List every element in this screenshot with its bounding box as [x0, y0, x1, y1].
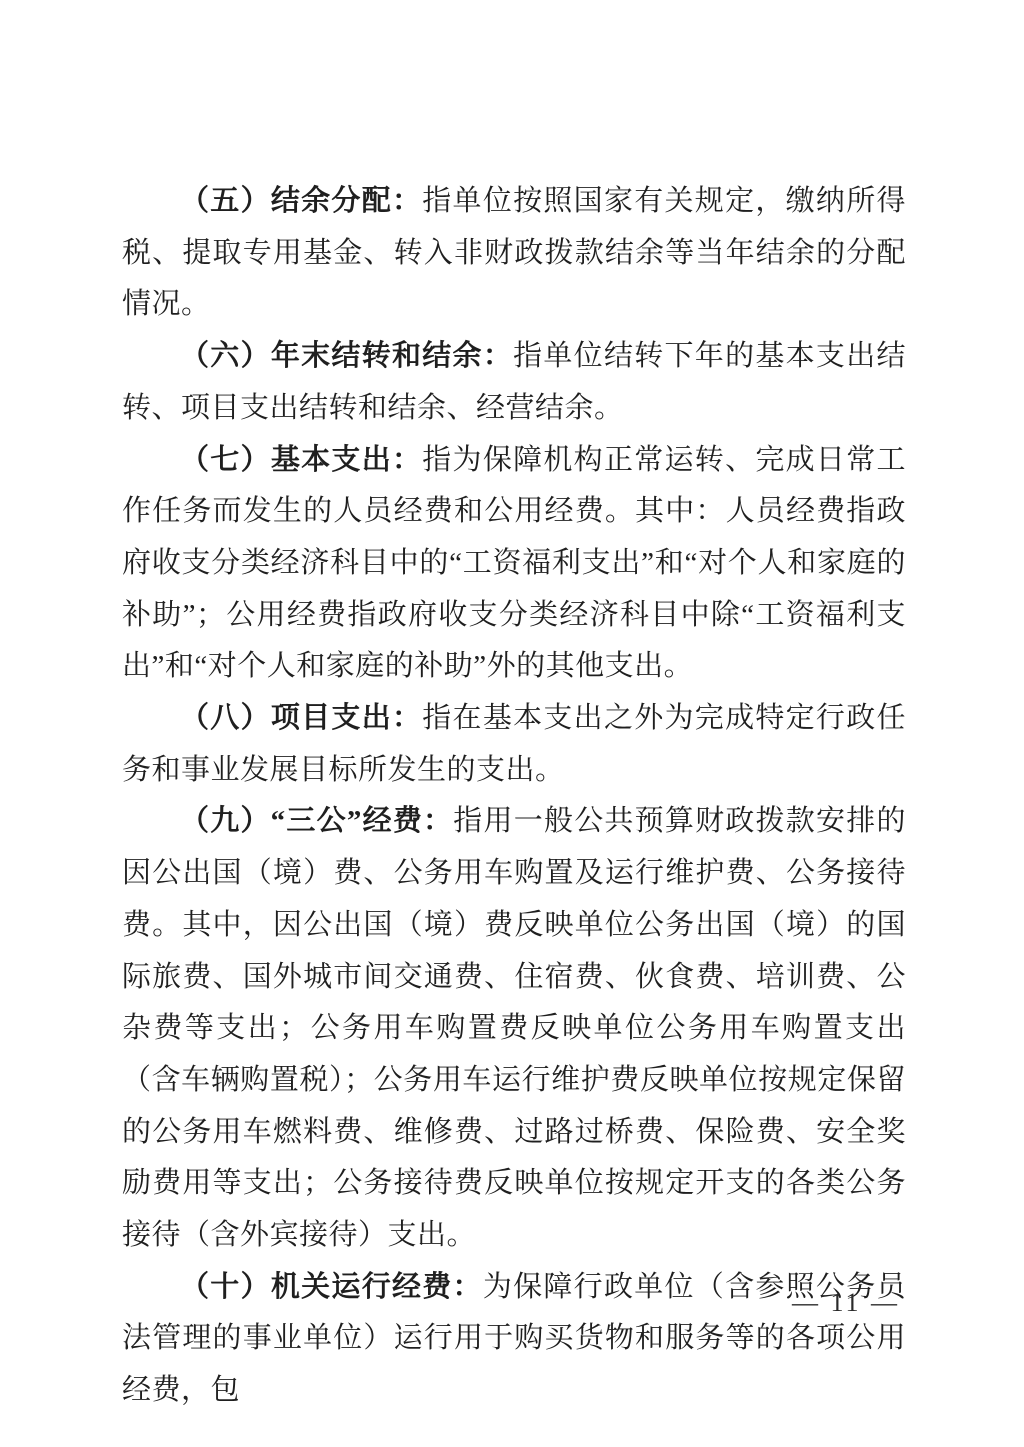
term-label: （十）机关运行经费： — [180, 1271, 483, 1303]
paragraph-6: （六）年末结转和结余：指单位结转下年的基本支出结转、项目支出结转和结余、经营结余… — [122, 331, 906, 434]
term-label: （九）“三公”经费： — [180, 805, 453, 837]
paragraph-9: （九）“三公”经费：指用一般公共预算财政拨款安排的因公出国（境）费、公务用车购置… — [122, 796, 906, 1261]
page-number: — 11 — — [792, 1288, 900, 1317]
paragraph-text: 指用一般公共预算财政拨款安排的因公出国（境）费、公务用车购置及运行维护费、公务接… — [122, 805, 906, 1251]
document-page: （五）结余分配：指单位按照国家有关规定，缴纳所得税、提取专用基金、转入非财政拨款… — [0, 0, 1024, 1447]
term-label: （八）项目支出： — [180, 702, 422, 734]
page-footer: — 11 — — [792, 1288, 900, 1318]
paragraph-text: 指为保障机构正常运转、完成日常工作任务而发生的人员经费和公用经费。其中：人员经费… — [122, 444, 906, 683]
term-label: （五）结余分配： — [180, 185, 422, 217]
paragraph-8: （八）项目支出：指在基本支出之外为完成特定行政任务和事业发展目标所发生的支出。 — [122, 693, 906, 796]
paragraph-10: （十）机关运行经费：为保障行政单位（含参照公务员法管理的事业单位）运行用于购买货… — [122, 1262, 906, 1417]
term-label: （七）基本支出： — [180, 444, 422, 476]
document-body: （五）结余分配：指单位按照国家有关规定，缴纳所得税、提取专用基金、转入非财政拨款… — [122, 176, 906, 1417]
paragraph-5: （五）结余分配：指单位按照国家有关规定，缴纳所得税、提取专用基金、转入非财政拨款… — [122, 176, 906, 331]
paragraph-7: （七）基本支出：指为保障机构正常运转、完成日常工作任务而发生的人员经费和公用经费… — [122, 435, 906, 694]
term-label: （六）年末结转和结余： — [180, 340, 513, 372]
